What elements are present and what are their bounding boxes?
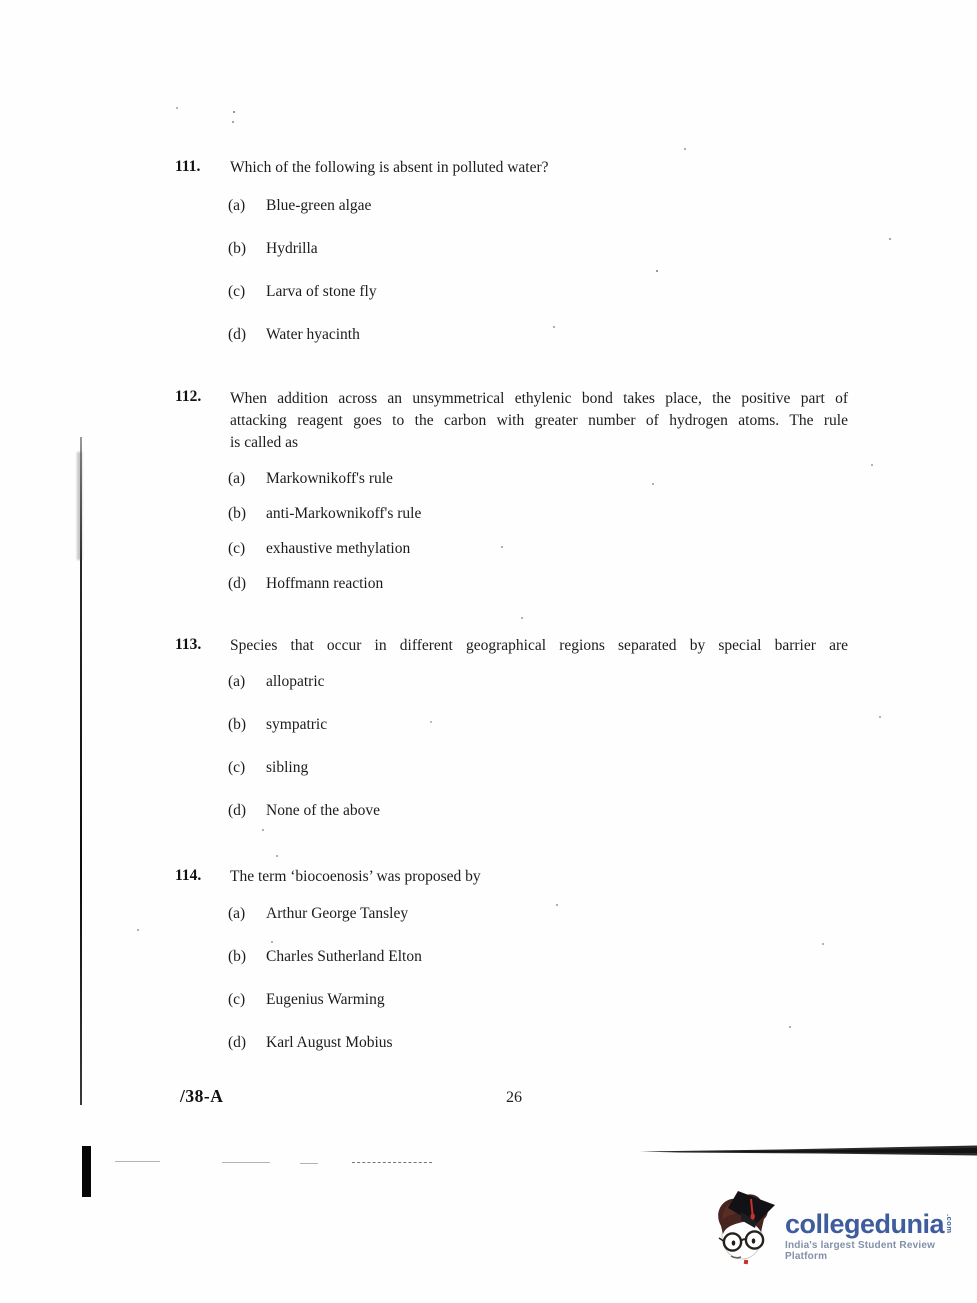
scan-dash-artifact xyxy=(352,1162,432,1163)
question-number: 114. xyxy=(175,867,201,885)
scanned-exam-page: 111. Which of the following is absent in… xyxy=(0,0,977,1303)
collegedunia-logo: collegedunia .com India's largest Studen… xyxy=(711,1190,977,1268)
option-b: (b)anti-Markownikoff's rule xyxy=(228,504,875,524)
page-number: 26 xyxy=(506,1089,522,1107)
option-a: (a)Arthur George Tansley xyxy=(228,904,875,924)
brand-tagline: India's largest Student Review Platform xyxy=(785,1240,977,1262)
scan-dash-artifact xyxy=(115,1161,160,1162)
options-list: (a)allopatric (b)sympatric (c)sibling (d… xyxy=(228,672,875,821)
paper-code: /38-A xyxy=(180,1086,223,1107)
option-c: (c)sibling xyxy=(228,758,875,778)
scan-dash-artifact xyxy=(300,1163,318,1164)
options-list: (a)Blue-green algae (b)Hydrilla (c)Larva… xyxy=(228,196,875,345)
option-b: (b)Charles Sutherland Elton xyxy=(228,947,875,967)
option-d: (d)Hoffmann reaction xyxy=(228,574,875,594)
question-114: 114. The term ‘biocoenosis’ was proposed… xyxy=(175,867,875,1053)
question-number: 111. xyxy=(175,158,200,176)
scan-dash-artifact xyxy=(222,1162,270,1163)
option-a: (a)Markownikoff's rule xyxy=(228,469,875,489)
scan-smudge-artifact xyxy=(77,452,82,560)
option-a: (a)Blue-green algae xyxy=(228,196,875,216)
question-112: 112. When addition across an unsymmetric… xyxy=(175,388,875,594)
option-c: (c)Larva of stone fly xyxy=(228,282,875,302)
option-c: (c)Eugenius Warming xyxy=(228,990,875,1010)
option-d: (d)Karl August Mobius xyxy=(228,1033,875,1053)
option-b: (b)sympatric xyxy=(228,715,875,735)
brand-suffix: .com xyxy=(945,1214,954,1234)
question-text: Species that occur in different geograph… xyxy=(230,636,875,656)
options-list: (a)Arthur George Tansley (b)Charles Suth… xyxy=(228,904,875,1053)
option-c: (c)exhaustive methylation xyxy=(228,539,875,559)
option-a: (a)allopatric xyxy=(228,672,875,692)
question-number: 113. xyxy=(175,636,201,654)
scan-streak-artifact xyxy=(640,1144,977,1159)
question-111: 111. Which of the following is absent in… xyxy=(175,158,875,345)
question-text: Which of the following is absent in poll… xyxy=(230,158,875,178)
graduate-mascot-icon xyxy=(711,1190,781,1268)
question-text: The term ‘biocoenosis’ was proposed by xyxy=(230,867,875,887)
option-d: (d)None of the above xyxy=(228,801,875,821)
brand-name: collegedunia xyxy=(785,1210,944,1238)
question-text: When addition across an unsymmetrical et… xyxy=(230,388,850,454)
logo-text: collegedunia .com India's largest Studen… xyxy=(785,1210,977,1262)
scan-speck-artifacts xyxy=(0,0,2,2)
question-number: 112. xyxy=(175,388,201,406)
question-113: 113. Species that occur in different geo… xyxy=(175,636,875,821)
option-d: (d)Water hyacinth xyxy=(228,325,875,345)
scan-black-mark-artifact xyxy=(82,1146,91,1197)
option-b: (b)Hydrilla xyxy=(228,239,875,259)
options-list: (a)Markownikoff's rule (b)anti-Markownik… xyxy=(228,469,875,594)
